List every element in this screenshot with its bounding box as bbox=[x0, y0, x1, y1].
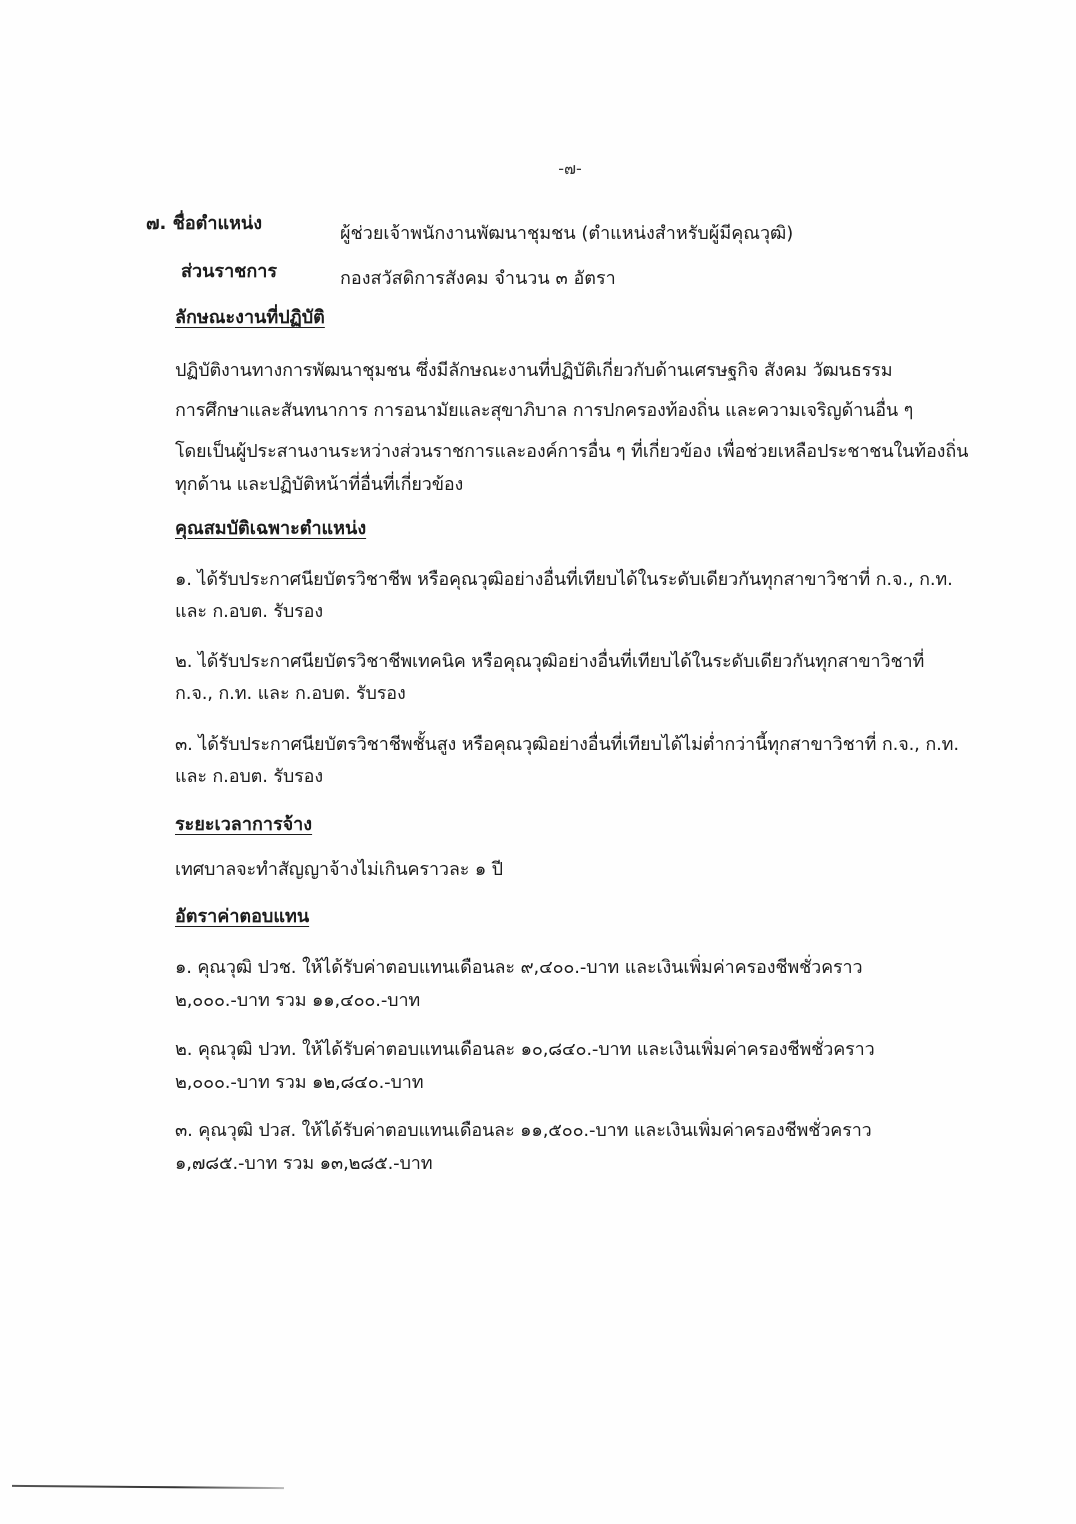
qualifications-heading: คุณสมบัติเฉพาะตำแหน่ง bbox=[175, 513, 366, 542]
duties-line: โดยเป็นผู้ประสานงานระหว่างส่วนราชการและอ… bbox=[175, 436, 975, 465]
duties-line: ทุกด้าน และปฏิบัติหน้าที่อื่นที่เกี่ยวข้… bbox=[175, 469, 975, 498]
employment-period-line: เทศบาลจะทำสัญญาจ้างไม่เกินคราวละ ๑ ปี bbox=[175, 854, 975, 883]
qualification-line: ๑. ได้รับประกาศนียบัตรวิชาชีพ หรือคุณวุฒ… bbox=[175, 564, 975, 593]
position-number-label: ๗. ชื่อตำแหน่ง bbox=[146, 208, 262, 237]
duties-heading: ลักษณะงานที่ปฏิบัติ bbox=[175, 302, 325, 331]
compensation-line: ๓. คุณวุฒิ ปวส. ให้ได้รับค่าตอบแทนเดือนล… bbox=[175, 1115, 975, 1144]
compensation-line: ๑,๗๘๕.-บาท รวม ๑๓,๒๘๕.-บาท bbox=[175, 1148, 975, 1177]
page-number: -๗- bbox=[0, 157, 1076, 182]
compensation-line: ๑. คุณวุฒิ ปวช. ให้ได้รับค่าตอบแทนเดือนล… bbox=[175, 952, 975, 981]
qualification-line: และ ก.อบต. รับรอง bbox=[175, 761, 975, 790]
compensation-line: ๒. คุณวุฒิ ปวท. ให้ได้รับค่าตอบแทนเดือนล… bbox=[175, 1034, 975, 1063]
qualification-line: ๓. ได้รับประกาศนียบัตรวิชาชีพชั้นสูง หรื… bbox=[175, 729, 975, 758]
employment-period-heading: ระยะเวลาการจ้าง bbox=[175, 809, 312, 838]
compensation-line: ๒,๐๐๐.-บาท รวม ๑๑,๔๐๐.-บาท bbox=[175, 985, 975, 1014]
compensation-heading: อัตราค่าตอบแทน bbox=[175, 901, 309, 930]
document-page: -๗- ๗. ชื่อตำแหน่ง ผู้ช่วยเจ้าพนักงานพัฒ… bbox=[0, 0, 1076, 1524]
duties-line: การศึกษาและสันทนาการ การอนามัยและสุขาภิบ… bbox=[175, 395, 975, 424]
qualification-line: ๒. ได้รับประกาศนียบัตรวิชาชีพเทคนิค หรือ… bbox=[175, 646, 975, 675]
scan-artifact-line bbox=[12, 1485, 284, 1489]
duties-line: ปฏิบัติงานทางการพัฒนาชุมชน ซึ่งมีลักษณะง… bbox=[175, 355, 975, 384]
qualification-line: ก.จ., ก.ท. และ ก.อบต. รับรอง bbox=[175, 678, 975, 707]
department-label: ส่วนราชการ bbox=[181, 256, 277, 285]
qualification-line: และ ก.อบต. รับรอง bbox=[175, 596, 975, 625]
position-title: ผู้ช่วยเจ้าพนักงานพัฒนาชุมชน (ตำแหน่งสำห… bbox=[340, 218, 793, 247]
department-value: กองสวัสดิการสังคม จำนวน ๓ อัตรา bbox=[340, 263, 616, 292]
compensation-line: ๒,๐๐๐.-บาท รวม ๑๒,๘๔๐.-บาท bbox=[175, 1067, 975, 1096]
